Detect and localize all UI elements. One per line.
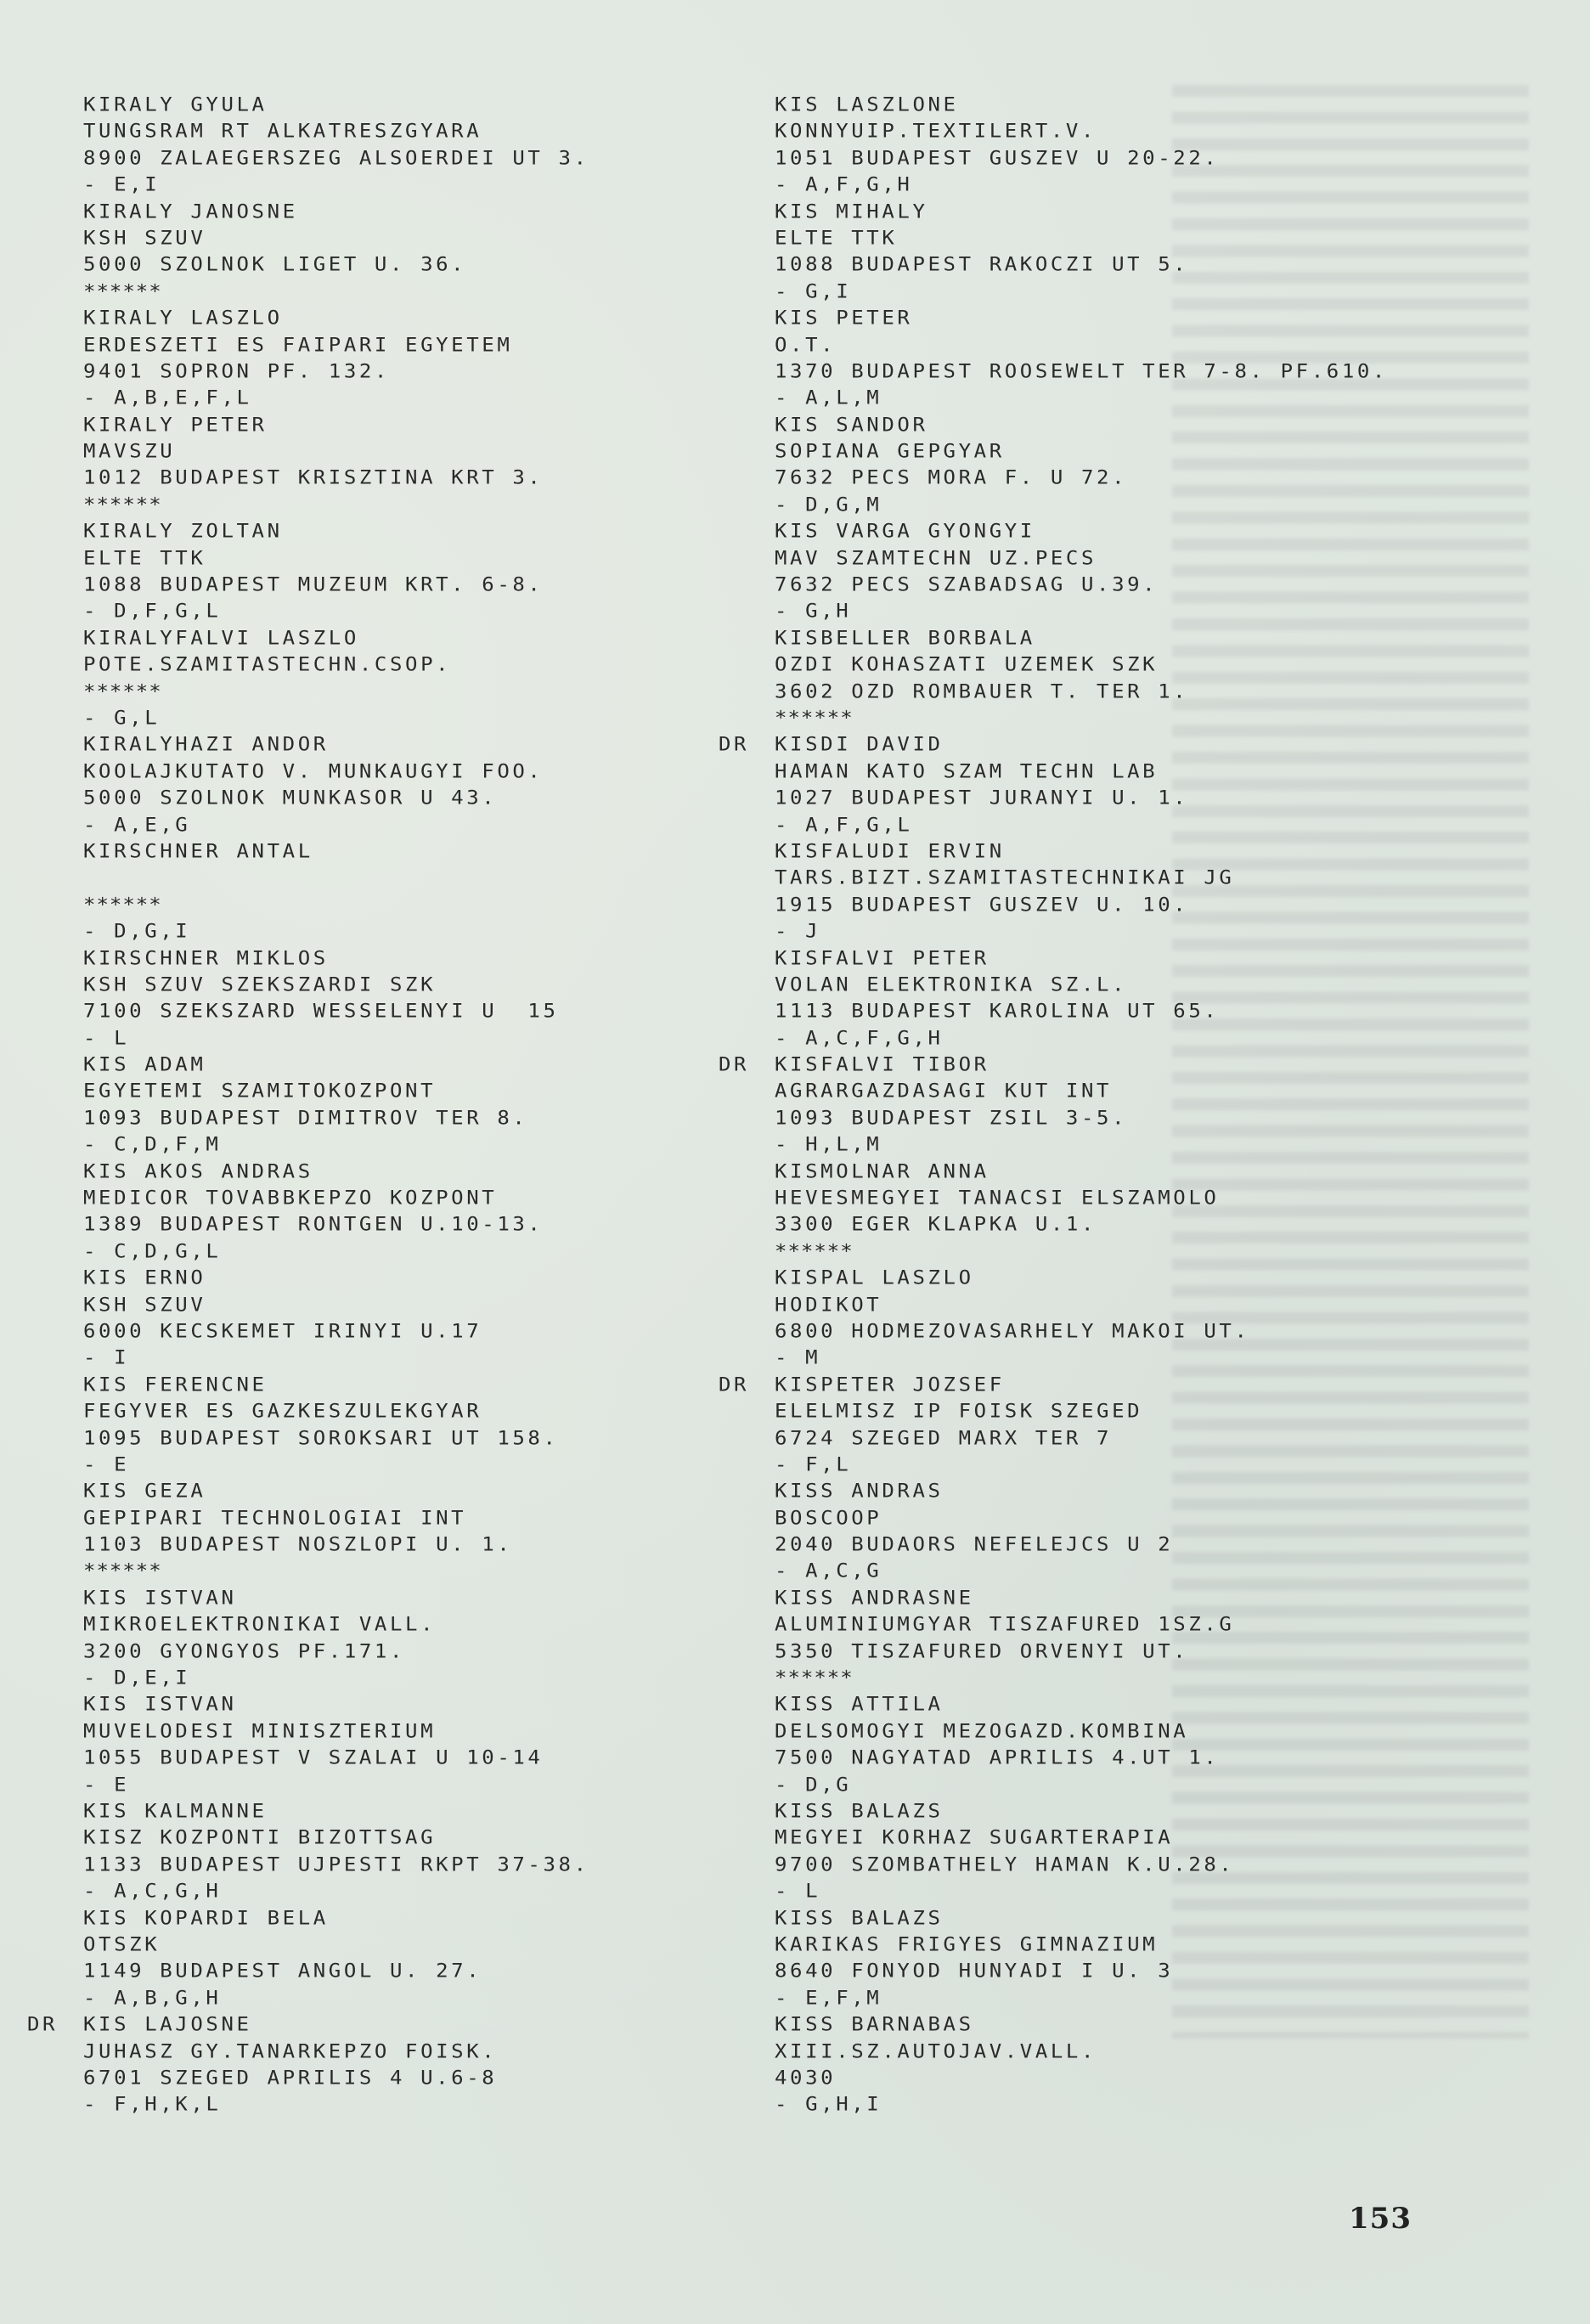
entry-text: 6000 KECSKEMET IRINYI U.17: [83, 1320, 482, 1342]
entry-text: KIS AKOS ANDRAS: [83, 1160, 313, 1182]
entry-line-name: KIRALYHAZI ANDOR: [83, 733, 589, 758]
entry-line-codes: - A,C,F,G,H: [775, 1026, 1388, 1051]
entry-text: ******: [83, 894, 162, 916]
entry-line-org: MAVSZU: [83, 439, 589, 464]
entry-line-address: 3602 OZD ROMBAUER T. TER 1.: [775, 680, 1388, 704]
entry-line-codes: - G,L: [83, 706, 589, 730]
entry-line-codes: - I: [83, 1346, 589, 1371]
entry-line-address: 1093 BUDAPEST ZSIL 3-5.: [775, 1106, 1388, 1131]
entry-text: - D,G: [775, 1774, 851, 1796]
entry-line-name: KIRSCHNER MIKLOS: [83, 946, 589, 971]
entry-text: 1088 BUDAPEST MUZEUM KRT. 6-8.: [83, 573, 543, 595]
entry-text: TUNGSRAM RT ALKATRESZGYARA: [83, 121, 482, 143]
entry-text: KISPAL LASZLO: [775, 1266, 974, 1289]
entry-text: 1051 BUDAPEST GUSZEV U 20-22.: [775, 147, 1219, 169]
entry-line-address: 1370 BUDAPEST ROOSEWELT TER 7-8. PF.610.: [775, 359, 1388, 384]
entry-line-org: KISZ KOZPONTI BIZOTTSAG: [83, 1826, 589, 1851]
entry-line-name: KIS GEZA: [83, 1480, 589, 1504]
entry-text: 1389 BUDAPEST RONTGEN U.10-13.: [83, 1214, 543, 1236]
entry-line-name: KIS ISTVAN: [83, 1693, 589, 1718]
entry-text: KSH SZUV: [83, 1294, 206, 1316]
entry-text: 1088 BUDAPEST RAKOCZI UT 5.: [775, 254, 1188, 276]
entry-line-org: SOPIANA GEPGYAR: [775, 439, 1388, 464]
title-prefix: DR: [719, 733, 749, 758]
entry-text: KISPETER JOZSEF: [775, 1374, 1005, 1396]
entry-text: - E: [83, 1453, 129, 1475]
entry-text: 8900 ZALAEGERSZEG ALSOERDEI UT 3.: [83, 147, 589, 169]
entry-line-org: KSH SZUV SZEKSZARDI SZK: [83, 973, 589, 997]
entry-text: O.T.: [775, 334, 836, 356]
entry-line-name: KISS BARNABAS: [775, 2012, 1388, 2037]
entry-line-name: KISS ANDRAS: [775, 1480, 1388, 1504]
entry-line-name: KIS KALMANNE: [83, 1799, 589, 1824]
entry-line-stars: ******: [775, 706, 1388, 730]
entry-line-name: KIS MIHALY: [775, 200, 1388, 224]
entry-line-name: DRKISFALVI TIBOR: [775, 1052, 1388, 1077]
entry-line-name: DRKISPETER JOZSEF: [775, 1373, 1388, 1397]
entry-text: 1012 BUDAPEST KRISZTINA KRT 3.: [83, 467, 543, 489]
entry-line-org: EGYETEMI SZAMITOKOZPONT: [83, 1080, 589, 1104]
entry-text: HEVESMEGYEI TANACSI ELSZAMOLO: [775, 1187, 1219, 1209]
entry-line-codes: - A,B,E,F,L: [83, 386, 589, 411]
entry-line-org: HAMAN KATO SZAM TECHN LAB: [775, 759, 1388, 784]
entry-text: KIRSCHNER ANTAL: [83, 840, 313, 862]
entry-text: 1133 BUDAPEST UJPESTI RKPT 37-38.: [83, 1853, 589, 1876]
entry-text: KARIKAS FRIGYES GIMNAZIUM: [775, 1933, 1158, 1955]
entry-line-org: KONNYUIP.TEXTILERT.V.: [775, 120, 1388, 144]
entry-text: 5000 SZOLNOK MUNKASOR U 43.: [83, 787, 497, 809]
entry-line-address: 1915 BUDAPEST GUSZEV U. 10.: [775, 893, 1388, 917]
entry-text: KIS GEZA: [83, 1480, 206, 1502]
entry-text: - E: [83, 1774, 129, 1796]
directory-page: KIRALY GYULATUNGSRAM RT ALKATRESZGYARA89…: [0, 0, 1590, 2324]
entry-text: 9401 SOPRON PF. 132.: [83, 360, 390, 382]
entry-text: 7100 SZEKSZARD WESSELENYI U 15: [83, 1000, 559, 1022]
entry-text: KISFALVI TIBOR: [775, 1053, 990, 1075]
entry-line-address: 9700 SZOMBATHELY HAMAN K.U.28.: [775, 1853, 1388, 1877]
entry-line-org: HEVESMEGYEI TANACSI ELSZAMOLO: [775, 1186, 1388, 1210]
entry-text: 1055 BUDAPEST V SZALAI U 10-14: [83, 1746, 543, 1768]
entry-text: 1113 BUDAPEST KAROLINA UT 65.: [775, 1000, 1219, 1022]
entry-text: SOPIANA GEPGYAR: [775, 440, 1005, 462]
entry-text: - I: [83, 1347, 129, 1369]
entry-line-address: 5000 SZOLNOK MUNKASOR U 43.: [83, 786, 589, 810]
entry-text: ******: [775, 707, 854, 729]
entry-text: KIRALY PETER: [83, 414, 268, 436]
entry-line-name: KIRALY LASZLO: [83, 306, 589, 330]
entry-line-org: KOOLAJKUTATO V. MUNKAUGYI FOO.: [83, 759, 589, 784]
entry-line-address: 1103 BUDAPEST NOSZLOPI U. 1.: [83, 1532, 589, 1557]
entry-line-stars: ******: [83, 279, 589, 304]
entry-line-codes: - D,G,M: [775, 493, 1388, 517]
entry-text: ******: [83, 494, 162, 516]
entry-text: 1093 BUDAPEST ZSIL 3-5.: [775, 1107, 1127, 1129]
entry-text: - E,I: [83, 173, 160, 195]
entry-line-address: 3200 GYONGYOS PF.171.: [83, 1639, 589, 1664]
entry-text: - M: [775, 1347, 820, 1369]
entry-line-codes: - A,F,G,H: [775, 172, 1388, 197]
entry-text: MUVELODESI MINISZTERIUM: [83, 1720, 436, 1742]
entry-text: 8640 FONYOD HUNYADI I U. 3: [775, 1960, 1173, 1983]
entry-line-name: KIS PETER: [775, 306, 1388, 330]
entry-text: KIS ERNO: [83, 1266, 206, 1289]
entry-line-address: 6000 KECSKEMET IRINYI U.17: [83, 1319, 589, 1344]
entry-text: - A,F,G,L: [775, 814, 912, 836]
entry-line-address: 1088 BUDAPEST RAKOCZI UT 5.: [775, 253, 1388, 278]
entry-text: - G,H: [775, 601, 851, 623]
entry-line-name: KISFALUDI ERVIN: [775, 839, 1388, 864]
entry-line-address: 5000 SZOLNOK LIGET U. 36.: [83, 253, 589, 278]
entry-line-address: 1149 BUDAPEST ANGOL U. 27.: [83, 1960, 589, 1984]
entry-line-codes: - J: [775, 919, 1388, 944]
entry-text: 7632 PECS SZABADSAG U.39.: [775, 573, 1158, 595]
entry-text: KISZ KOZPONTI BIZOTTSAG: [83, 1827, 436, 1849]
entry-text: 1095 BUDAPEST SOROKSARI UT 158.: [83, 1427, 559, 1449]
entry-line-name: KIS AKOS ANDRAS: [83, 1159, 589, 1184]
entry-line-org: XIII.SZ.AUTOJAV.VALL.: [775, 2039, 1388, 2064]
entry-line-name: KIS ISTVAN: [83, 1586, 589, 1610]
entry-text: KIS ADAM: [83, 1053, 206, 1075]
entry-line-codes: - A,B,G,H: [83, 1986, 589, 2011]
entry-text: - L: [83, 1027, 129, 1049]
entry-text: KIS LASZLONE: [775, 93, 959, 116]
entry-line-codes: - A,C,G,H: [83, 1879, 589, 1904]
entry-line-name: KIRSCHNER ANTAL: [83, 839, 589, 864]
entry-text: KIRALYHAZI ANDOR: [83, 734, 329, 756]
entry-line-name: KISS BALAZS: [775, 1799, 1388, 1824]
entry-text: - C,D,F,M: [83, 1133, 221, 1155]
entry-line-address: 4030: [775, 2066, 1388, 2090]
entry-line-org: JUHASZ GY.TANARKEPZO FOISK.: [83, 2039, 589, 2064]
entry-text: EGYETEMI SZAMITOKOZPONT: [83, 1080, 436, 1103]
entry-text: KISS BALAZS: [775, 1907, 944, 1929]
entry-line-codes: - L: [775, 1879, 1388, 1904]
entry-text: KISS ATTILA: [775, 1694, 944, 1716]
entry-line-codes: - D,F,G,L: [83, 600, 589, 624]
entry-text: GEPIPARI TECHNOLOGIAI INT: [83, 1507, 466, 1529]
entry-line-stars: ******: [83, 493, 589, 517]
entry-text: - A,C,F,G,H: [775, 1027, 944, 1049]
entry-text: KIS KOPARDI BELA: [83, 1907, 329, 1929]
entry-line-org: MAV SZAMTECHN UZ.PECS: [775, 546, 1388, 571]
entry-text: MAVSZU: [83, 440, 175, 462]
entry-text: - A,L,M: [775, 386, 882, 409]
entry-line-name: KISS ANDRASNE: [775, 1586, 1388, 1610]
directory-column-right: KIS LASZLONEKONNYUIP.TEXTILERT.V.1051 BU…: [775, 92, 1388, 2118]
entry-text: KIS SANDOR: [775, 414, 928, 436]
entry-text: 3602 OZD ROMBAUER T. TER 1.: [775, 680, 1188, 702]
entry-text: KSH SZUV SZEKSZARDI SZK: [83, 973, 436, 996]
entry-line-codes: - D,E,I: [83, 1666, 589, 1690]
entry-text: KIS PETER: [775, 307, 912, 329]
entry-text: 1370 BUDAPEST ROOSEWELT TER 7-8. PF.610.: [775, 360, 1388, 382]
entry-line-codes: - F,L: [775, 1452, 1388, 1477]
entry-text: - A,B,E,F,L: [83, 386, 252, 409]
entry-text: 4030: [775, 2067, 836, 2089]
entry-line-blank: [83, 866, 589, 891]
entry-text: KISMOLNAR ANNA: [775, 1160, 990, 1182]
entry-text: TARS.BIZT.SZAMITASTECHNIKAI JG: [775, 867, 1234, 889]
entry-text: KIS LAJOSNE: [83, 2013, 252, 2035]
entry-line-codes: - A,L,M: [775, 386, 1388, 411]
entry-line-name: DRKIS LAJOSNE: [83, 2012, 589, 2037]
entry-text: KISS ANDRAS: [775, 1480, 944, 1502]
entry-line-codes: - D,G,I: [83, 919, 589, 944]
entry-text: KIRALY GYULA: [83, 93, 268, 116]
entry-line-org: KARIKAS FRIGYES GIMNAZIUM: [775, 1932, 1388, 1957]
entry-text: ALUMINIUMGYAR TISZAFURED 1SZ.G: [775, 1613, 1234, 1635]
entry-line-org: BOSCOOP: [775, 1506, 1388, 1531]
entry-text: KIRALY LASZLO: [83, 307, 283, 329]
entry-line-codes: - D,G: [775, 1773, 1388, 1797]
entry-text: 2040 BUDAORS NEFELEJCS U 2: [775, 1533, 1173, 1555]
entry-text: DELSOMOGYI MEZOGAZD.KOMBINA: [775, 1720, 1188, 1742]
entry-line-name: KISBELLER BORBALA: [775, 626, 1388, 651]
entry-text: HODIKOT: [775, 1294, 882, 1316]
entry-text: KIRALYFALVI LASZLO: [83, 627, 359, 649]
entry-line-org: GEPIPARI TECHNOLOGIAI INT: [83, 1506, 589, 1531]
entry-line-stars: ******: [83, 893, 589, 917]
entry-line-org: ELTE TTK: [775, 226, 1388, 251]
entry-line-name: KIS FERENCNE: [83, 1373, 589, 1397]
entry-text: - G,H,I: [775, 2093, 882, 2115]
entry-line-codes: - A,E,G: [83, 813, 589, 838]
entry-line-codes: - C,D,F,M: [83, 1132, 589, 1157]
entry-line-address: 3300 EGER KLAPKA U.1.: [775, 1213, 1388, 1238]
entry-text: 1149 BUDAPEST ANGOL U. 27.: [83, 1960, 482, 1983]
entry-line-org: KSH SZUV: [83, 226, 589, 251]
entry-text: - D,F,G,L: [83, 601, 221, 623]
entry-line-address: 9401 SOPRON PF. 132.: [83, 359, 589, 384]
entry-line-name: KISS BALAZS: [775, 1906, 1388, 1931]
entry-text: - A,E,G: [83, 814, 190, 836]
entry-text: FEGYVER ES GAZKESZULEKGYAR: [83, 1400, 482, 1422]
entry-text: - A,C,G: [775, 1560, 882, 1582]
entry-line-codes: - E: [83, 1773, 589, 1797]
entry-text: 6800 HODMEZOVASARHELY MAKOI UT.: [775, 1320, 1250, 1342]
entry-line-address: 7632 PECS MORA F. U 72.: [775, 466, 1388, 491]
entry-line-codes: - E,I: [83, 172, 589, 197]
entry-line-org: OZDI KOHASZATI UZEMEK SZK: [775, 652, 1388, 677]
entry-line-codes: - G,I: [775, 279, 1388, 304]
entry-text: KISFALUDI ERVIN: [775, 840, 1005, 862]
entry-text: OZDI KOHASZATI UZEMEK SZK: [775, 653, 1158, 675]
entry-line-org: MUVELODESI MINISZTERIUM: [83, 1719, 589, 1744]
entry-text: ERDESZETI ES FAIPARI EGYETEM: [83, 334, 512, 356]
entry-line-name: KIS ERNO: [83, 1266, 589, 1290]
entry-text: KIS ISTVAN: [83, 1694, 237, 1716]
entry-line-address: 7500 NAGYATAD APRILIS 4.UT 1.: [775, 1746, 1388, 1770]
entry-line-org: MEGYEI KORHAZ SUGARTERAPIA: [775, 1826, 1388, 1851]
entry-text: 6701 SZEGED APRILIS 4 U.6-8: [83, 2067, 497, 2089]
entry-text: - J: [775, 920, 820, 942]
entry-text: AGRARGAZDASAGI KUT INT: [775, 1080, 1112, 1103]
entry-line-name: KIS VARGA GYONGYI: [775, 520, 1388, 544]
entry-text: 1915 BUDAPEST GUSZEV U. 10.: [775, 894, 1188, 916]
entry-line-address: 1093 BUDAPEST DIMITROV TER 8.: [83, 1106, 589, 1131]
entry-line-name: KIS SANDOR: [775, 413, 1388, 437]
entry-line-stars: ******: [775, 1666, 1388, 1690]
entry-line-address: 7100 SZEKSZARD WESSELENYI U 15: [83, 1000, 589, 1024]
entry-line-org: TUNGSRAM RT ALKATRESZGYARA: [83, 120, 589, 144]
title-prefix: DR: [719, 1052, 749, 1077]
entry-line-address: 6724 SZEGED MARX TER 7: [775, 1426, 1388, 1451]
entry-text: - A,C,G,H: [83, 1880, 221, 1902]
entry-text: KISFALVI PETER: [775, 947, 990, 969]
entry-line-address: 7632 PECS SZABADSAG U.39.: [775, 573, 1388, 597]
entry-text: 3300 EGER KLAPKA U.1.: [775, 1214, 1097, 1236]
entry-text: 7632 PECS MORA F. U 72.: [775, 467, 1127, 489]
entry-text: KIRALY ZOLTAN: [83, 520, 283, 542]
entry-text: ******: [83, 680, 162, 702]
entry-text: - G,I: [775, 280, 851, 302]
entry-text: JUHASZ GY.TANARKEPZO FOISK.: [83, 2040, 497, 2062]
entry-line-codes: - G,H,I: [775, 2093, 1388, 2118]
entry-line-name: KIRALY JANOSNE: [83, 200, 589, 224]
entry-line-address: 1133 BUDAPEST UJPESTI RKPT 37-38.: [83, 1853, 589, 1877]
entry-line-org: VOLAN ELEKTRONIKA SZ.L.: [775, 973, 1388, 997]
entry-line-name: KIS LASZLONE: [775, 93, 1388, 117]
entry-text: BOSCOOP: [775, 1507, 882, 1529]
entry-text: ******: [775, 1667, 854, 1689]
entry-line-address: 1027 BUDAPEST JURANYI U. 1.: [775, 786, 1388, 810]
entry-line-name: KIRALY ZOLTAN: [83, 520, 589, 544]
entry-line-address: 1088 BUDAPEST MUZEUM KRT. 6-8.: [83, 573, 589, 597]
entry-line-codes: - C,D,G,L: [83, 1239, 589, 1264]
entry-line-name: KISS ATTILA: [775, 1693, 1388, 1718]
entry-text: - A,F,G,H: [775, 173, 912, 195]
entry-text: 1093 BUDAPEST DIMITROV TER 8.: [83, 1107, 527, 1129]
entry-text: KONNYUIP.TEXTILERT.V.: [775, 121, 1097, 143]
entry-line-org: AGRARGAZDASAGI KUT INT: [775, 1080, 1388, 1104]
entry-text: KIS FERENCNE: [83, 1374, 268, 1396]
entry-text: - D,G,I: [83, 920, 190, 942]
entry-text: POTE.SZAMITASTECHN.CSOP.: [83, 653, 451, 675]
entry-text: - C,D,G,L: [83, 1240, 221, 1262]
entry-line-org: MIKROELEKTRONIKAI VALL.: [83, 1613, 589, 1638]
entry-text: - E,F,M: [775, 1987, 882, 2009]
entry-text: HAMAN KATO SZAM TECHN LAB: [775, 760, 1158, 782]
entry-line-org: FEGYVER ES GAZKESZULEKGYAR: [83, 1399, 589, 1424]
entry-line-codes: - A,C,G: [775, 1560, 1388, 1584]
entry-line-address: 8900 ZALAEGERSZEG ALSOERDEI UT 3.: [83, 146, 589, 171]
directory-column-left: KIRALY GYULATUNGSRAM RT ALKATRESZGYARA89…: [83, 92, 589, 2118]
entry-text: ******: [83, 1560, 162, 1582]
title-prefix: DR: [719, 1373, 749, 1397]
entry-text: 9700 SZOMBATHELY HAMAN K.U.28.: [775, 1853, 1234, 1876]
entry-line-codes: - F,H,K,L: [83, 2093, 589, 2118]
entry-line-org: ELELMISZ IP FOISK SZEGED: [775, 1399, 1388, 1424]
entry-text: MIKROELEKTRONIKAI VALL.: [83, 1613, 436, 1635]
entry-line-org: DELSOMOGYI MEZOGAZD.KOMBINA: [775, 1719, 1388, 1744]
entry-line-org: TARS.BIZT.SZAMITASTECHNIKAI JG: [775, 866, 1388, 891]
entry-line-org: O.T.: [775, 333, 1388, 358]
entry-line-address: 1389 BUDAPEST RONTGEN U.10-13.: [83, 1213, 589, 1238]
entry-line-name: KISPAL LASZLO: [775, 1266, 1388, 1290]
entry-text: ******: [775, 1240, 854, 1262]
title-prefix: DR: [27, 2012, 58, 2037]
entry-text: - A,B,G,H: [83, 1987, 221, 2009]
entry-text: 5350 TISZAFURED ORVENYI UT.: [775, 1640, 1188, 1662]
entry-text: 7500 NAGYATAD APRILIS 4.UT 1.: [775, 1746, 1219, 1768]
entry-line-codes: - M: [775, 1346, 1388, 1371]
entry-line-org: KSH SZUV: [83, 1293, 589, 1317]
entry-line-address: 5350 TISZAFURED ORVENYI UT.: [775, 1639, 1388, 1664]
entry-line-codes: - A,F,G,L: [775, 813, 1388, 838]
entry-line-name: KISFALVI PETER: [775, 946, 1388, 971]
page-number: 153: [1349, 2202, 1412, 2236]
entry-line-org: ALUMINIUMGYAR TISZAFURED 1SZ.G: [775, 1613, 1388, 1638]
entry-text: KISS BALAZS: [775, 1800, 944, 1822]
entry-line-address: 6800 HODMEZOVASARHELY MAKOI UT.: [775, 1319, 1388, 1344]
entry-line-name: KIS ADAM: [83, 1052, 589, 1077]
entry-text: KIS KALMANNE: [83, 1800, 268, 1822]
entry-line-address: 1012 BUDAPEST KRISZTINA KRT 3.: [83, 466, 589, 491]
entry-line-name: KIS KOPARDI BELA: [83, 1906, 589, 1931]
entry-text: KSH SZUV: [83, 227, 206, 249]
entry-text: - F,L: [775, 1453, 851, 1475]
entry-text: KIS MIHALY: [775, 200, 928, 223]
entry-line-org: MEDICOR TOVABBKEPZO KOZPONT: [83, 1186, 589, 1210]
entry-line-name: KISMOLNAR ANNA: [775, 1159, 1388, 1184]
entry-text: KIS ISTVAN: [83, 1587, 237, 1609]
entry-text: - D,E,I: [83, 1667, 190, 1689]
entry-text: KIS VARGA GYONGYI: [775, 520, 1035, 542]
entry-line-codes: - L: [83, 1026, 589, 1051]
entry-text: OTSZK: [83, 1933, 160, 1955]
entry-text: 3200 GYONGYOS PF.171.: [83, 1640, 405, 1662]
entry-line-address: 1051 BUDAPEST GUSZEV U 20-22.: [775, 146, 1388, 171]
entry-text: - D,G,M: [775, 494, 882, 516]
entry-line-address: 8640 FONYOD HUNYADI I U. 3: [775, 1960, 1388, 1984]
entry-text: - H,L,M: [775, 1133, 882, 1155]
entry-text: XIII.SZ.AUTOJAV.VALL.: [775, 2040, 1097, 2062]
entry-text: VOLAN ELEKTRONIKA SZ.L.: [775, 973, 1127, 996]
entry-line-address: 1055 BUDAPEST V SZALAI U 10-14: [83, 1746, 589, 1770]
entry-line-codes: - H,L,M: [775, 1132, 1388, 1157]
entry-text: KISS ANDRASNE: [775, 1587, 974, 1609]
entry-text: ELTE TTK: [775, 227, 897, 249]
entry-line-address: 2040 BUDAORS NEFELEJCS U 2: [775, 1532, 1388, 1557]
entry-text: KISS BARNABAS: [775, 2013, 974, 2035]
entry-line-address: 1095 BUDAPEST SOROKSARI UT 158.: [83, 1426, 589, 1451]
entry-text: ELELMISZ IP FOISK SZEGED: [775, 1400, 1142, 1422]
entry-line-stars: ******: [775, 1239, 1388, 1264]
entry-text: MAV SZAMTECHN UZ.PECS: [775, 547, 1097, 569]
entry-text: 1103 BUDAPEST NOSZLOPI U. 1.: [83, 1533, 512, 1555]
entry-line-org: OTSZK: [83, 1932, 589, 1957]
entry-text: KISBELLER BORBALA: [775, 627, 1035, 649]
entry-line-name: KIRALY PETER: [83, 413, 589, 437]
entry-text: - L: [775, 1880, 820, 1902]
entry-line-address: 1113 BUDAPEST KAROLINA UT 65.: [775, 1000, 1388, 1024]
entry-line-address: 6701 SZEGED APRILIS 4 U.6-8: [83, 2066, 589, 2090]
entry-line-stars: ******: [83, 1560, 589, 1584]
entry-text: KIRSCHNER MIKLOS: [83, 947, 329, 969]
entry-line-codes: - E: [83, 1452, 589, 1477]
entry-line-org: POTE.SZAMITASTECHN.CSOP.: [83, 652, 589, 677]
entry-line-org: ELTE TTK: [83, 546, 589, 571]
entry-text: - F,H,K,L: [83, 2093, 221, 2115]
entry-text: MEDICOR TOVABBKEPZO KOZPONT: [83, 1187, 497, 1209]
entry-text: MEGYEI KORHAZ SUGARTERAPIA: [775, 1827, 1173, 1849]
entry-text: ELTE TTK: [83, 547, 206, 569]
entry-text: KOOLAJKUTATO V. MUNKAUGYI FOO.: [83, 760, 543, 782]
entry-line-name: KIRALY GYULA: [83, 93, 589, 117]
entry-line-codes: - E,F,M: [775, 1986, 1388, 2011]
entry-text: 1027 BUDAPEST JURANYI U. 1.: [775, 787, 1188, 809]
entry-text: KIRALY JANOSNE: [83, 200, 298, 223]
